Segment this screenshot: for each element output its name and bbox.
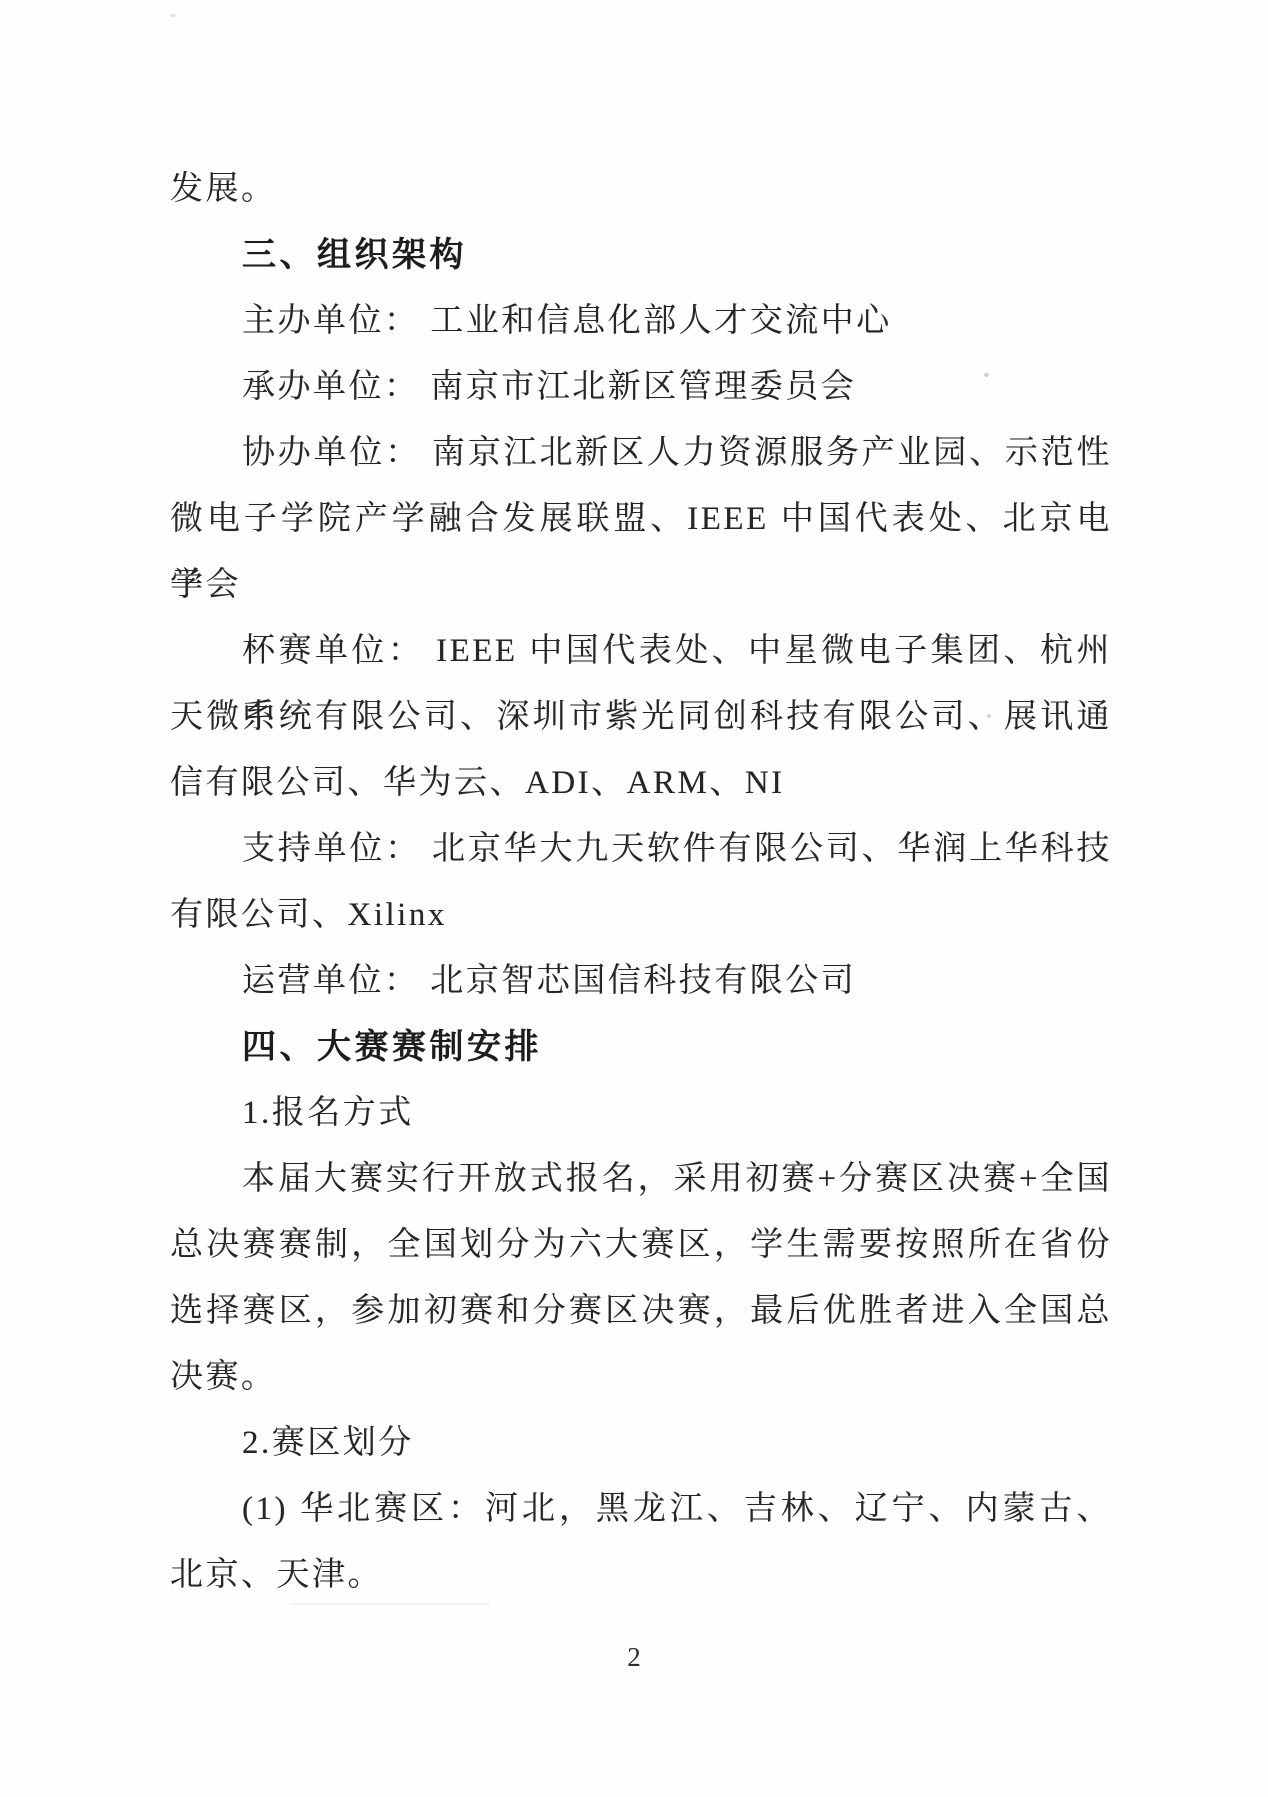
- section-heading-4: 四、大赛赛制安排: [170, 1014, 1112, 1080]
- document-page: 发展。 三、组织架构 主办单位： 工业和信息化部人才交流中心 承办单位： 南京市…: [0, 0, 1268, 1797]
- doc-line: 微电子学院产学融合发展联盟、IEEE 中国代表处、北京电子: [170, 486, 1112, 552]
- doc-line: 发展。: [170, 156, 1112, 222]
- doc-line: 选择赛区，参加初赛和分赛区决赛，最后优胜者进入全国总: [170, 1278, 1112, 1344]
- section-heading-3: 三、组织架构: [170, 222, 1112, 288]
- doc-line: 决赛。: [170, 1344, 1112, 1410]
- doc-line-organizer: 承办单位： 南京市江北新区管理委员会: [170, 354, 1112, 420]
- doc-line: 天微系统有限公司、深圳市紫光同创科技有限公司、展讯通: [170, 684, 1112, 750]
- doc-line-coorganizer: 协办单位： 南京江北新区人力资源服务产业园、示范性: [170, 420, 1112, 486]
- document-body: 发展。 三、组织架构 主办单位： 工业和信息化部人才交流中心 承办单位： 南京市…: [170, 156, 1112, 1608]
- page-number: 2: [0, 1634, 1268, 1680]
- doc-line-item-1: 1.报名方式: [170, 1080, 1112, 1146]
- scan-speck: [987, 714, 991, 718]
- doc-line: 本届大赛实行开放式报名，采用初赛+分赛区决赛+全国: [170, 1146, 1112, 1212]
- doc-line-region-north: (1) 华北赛区：河北，黑龙江、吉林、辽宁、内蒙古、: [170, 1476, 1112, 1542]
- doc-line-support-units: 支持单位： 北京华大九天软件有限公司、华润上华科技: [170, 816, 1112, 882]
- doc-line: 信有限公司、华为云、ADI、ARM、NI: [170, 750, 1112, 816]
- doc-line: 有限公司、Xilinx: [170, 882, 1112, 948]
- doc-line-operator: 运营单位： 北京智芯国信科技有限公司: [170, 948, 1112, 1014]
- doc-line: 北京、天津。: [170, 1542, 1112, 1608]
- doc-line-item-2: 2.赛区划分: [170, 1410, 1112, 1476]
- scan-streak: [290, 1603, 490, 1605]
- scan-speck: [984, 373, 989, 377]
- doc-line-cup-units: 杯赛单位： IEEE 中国代表处、中星微电子集团、杭州中: [170, 618, 1112, 684]
- doc-line: 总决赛赛制，全国划分为六大赛区，学生需要按照所在省份: [170, 1212, 1112, 1278]
- doc-line: 学会: [170, 552, 1112, 618]
- scan-speck: [170, 14, 176, 17]
- doc-line-host: 主办单位： 工业和信息化部人才交流中心: [170, 288, 1112, 354]
